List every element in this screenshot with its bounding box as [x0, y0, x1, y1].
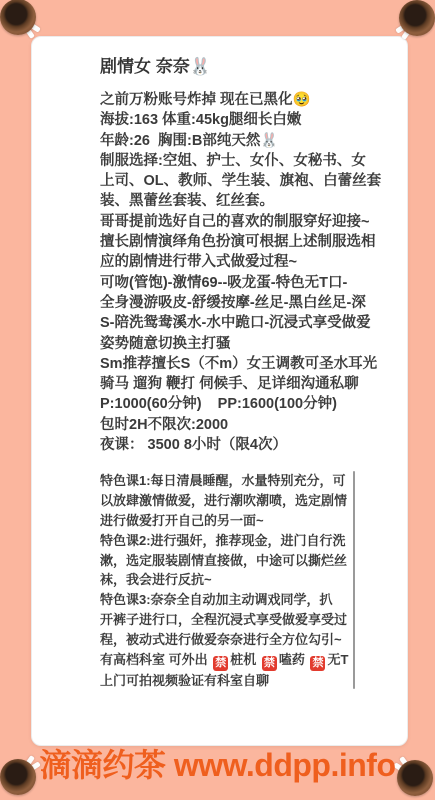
- text-line: 姿势随意切换主打骚: [100, 334, 399, 354]
- text-line: 程，被动式进行做爱奈奈进行全方位勾引~: [100, 630, 400, 650]
- ad-page: 剧情女 奈奈🐰 之前万粉账号炸掉 现在已黑化🥹海拔:163 体重:45kg腿细长…: [0, 0, 435, 800]
- text-line: 应的剧情进行带入式做爱过程~: [100, 252, 399, 272]
- pinned-paper-card: 剧情女 奈奈🐰 之前万粉账号炸掉 现在已黑化🥹海拔:163 体重:45kg腿细长…: [31, 36, 408, 746]
- ban-icon: 禁: [213, 656, 228, 671]
- course-section: 特色课1:每日清晨睡醒，水量特别充分，可以放肆激情做爱，进行潮吹潮喷，选定剧情进…: [100, 471, 400, 690]
- pushpin-icon: [0, 0, 36, 35]
- facilities-text: 嗑药: [279, 652, 309, 667]
- text-line: 可吻(管饱)-激情69--吸龙蛋-特色无T口-: [100, 273, 399, 293]
- page-title: 剧情女 奈奈🐰: [100, 54, 399, 80]
- ban-icon: 禁: [310, 656, 325, 671]
- text-line: 夜课： 3500 8小时（限4次）: [100, 435, 399, 455]
- text-line: Sm推荐擅长S（不m）女王调教可圣水耳光: [100, 354, 399, 374]
- course-text-block: 特色课1:每日清晨睡醒，水量特别充分，可以放肆激情做爱，进行潮吹潮喷，选定剧情进…: [100, 471, 400, 649]
- pin-head: [0, 0, 36, 35]
- text-line: 上司、OL、教师、学生装、旗袍、白蕾丝套: [100, 171, 399, 191]
- pushpin-icon: [399, 0, 435, 36]
- text-line: 年龄:26 胸围:B部纯天然🐰: [100, 131, 399, 151]
- text-line: 进行做爱打开自己的另一面~: [100, 511, 400, 531]
- text-line: S-陪洗鸳鸯溪水-水中跪口-沉浸式享受做爱: [100, 313, 399, 333]
- watermark-text: 滴滴约茶 www.ddpp.info: [0, 740, 435, 790]
- text-line: 海拔:163 体重:45kg腿细长白嫩: [100, 110, 399, 130]
- visit-verify-line: 上门可拍视频验证有科室自聊: [100, 671, 400, 691]
- text-line: 特色课3:奈奈全自动加主动调戏同学，扒: [100, 590, 400, 610]
- text-line: 特色课2:进行强奸，推荐现金，进门自行洗: [100, 531, 400, 551]
- profile-text-block: 之前万粉账号炸掉 现在已黑化🥹海拔:163 体重:45kg腿细长白嫩年龄:26 …: [100, 90, 399, 455]
- ban-icon: 禁: [262, 656, 277, 671]
- text-line: 开裤子进行口，全程沉浸式享受做爱享受过: [100, 610, 400, 630]
- paper-content: 剧情女 奈奈🐰 之前万粉账号炸掉 现在已黑化🥹海拔:163 体重:45kg腿细长…: [100, 54, 399, 690]
- facilities-text: 无T: [327, 652, 348, 667]
- pin-head: [399, 0, 435, 36]
- text-line: P:1000(60分钟) PP:1600(100分钟): [100, 394, 399, 414]
- text-line: 哥哥提前选好自己的喜欢的制服穿好迎接~: [100, 212, 399, 232]
- text-line: 包时2H不限次:2000: [100, 415, 399, 435]
- text-line: 装、黑蕾丝套装、红丝套。: [100, 191, 399, 211]
- text-line: 之前万粉账号炸掉 现在已黑化🥹: [100, 90, 399, 110]
- facilities-text: 桩机: [230, 652, 260, 667]
- text-line: 擅长剧情演绎角色扮演可根据上述制服选相: [100, 232, 399, 252]
- text-line: 以放肆激情做爱，进行潮吹潮喷，选定剧情: [100, 491, 400, 511]
- text-line: 制服选择:空姐、护士、女仆、女秘书、女: [100, 151, 399, 171]
- text-line: 袜，我会进行反抗~: [100, 570, 400, 590]
- text-line: 骑马 遛狗 鞭打 伺候手、足详细沟通私聊: [100, 374, 399, 394]
- section-border-line: [353, 471, 355, 689]
- text-line: 特色课1:每日清晨睡醒，水量特别充分，可: [100, 471, 400, 491]
- text-line: 漱，选定服装剧情直接做，中途可以撕烂丝: [100, 551, 400, 571]
- facilities-line: 有高档科室 可外出 禁桩机 禁嗑药 禁无T: [100, 650, 400, 671]
- text-line: 全身漫游吸皮-舒缓按摩-丝足-黑白丝足-深: [100, 293, 399, 313]
- facilities-text: 有高档科室 可外出: [100, 652, 211, 667]
